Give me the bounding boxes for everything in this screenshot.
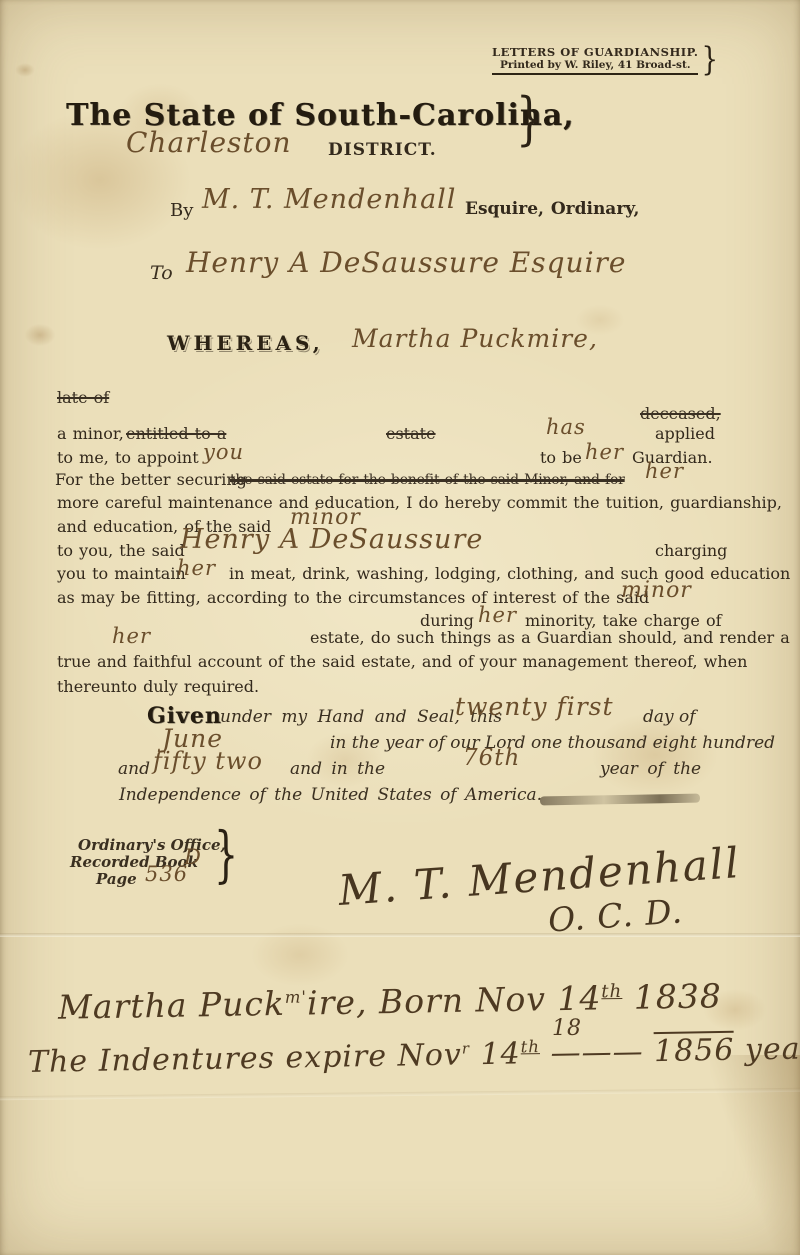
footer-name-a: Martha Puck (58, 984, 286, 1027)
office-line1: Ordinary's Office, (78, 836, 226, 854)
securing-text: For the better securing (55, 470, 247, 489)
her-handwritten-4: her (478, 603, 517, 627)
ordinary-name-handwritten: M. T. Mendenhall (202, 184, 456, 215)
maintenance-text: more careful maintenance and education, … (57, 493, 782, 512)
footer-years-word: years (745, 1031, 800, 1068)
stamp-line2: Printed by W. Riley, 41 Broad-st. (492, 59, 698, 71)
guardian-name-handwritten: Henry A DeSaussure Esquire (186, 246, 626, 279)
minor-handwritten-2: minor (621, 578, 692, 603)
her-handwritten-5: her (112, 624, 151, 648)
title-brace: } (516, 85, 543, 151)
footer-dash: ——— (550, 1034, 644, 1071)
independence-year-handwritten: 76th (463, 745, 520, 771)
footer-birth-note: Martha Puckm'ire, Born Nov 14th 1838 (58, 976, 722, 1027)
by-suffix: Esquire, Ordinary, (465, 199, 639, 219)
year-line-text: in the year of our Lord one thousand eig… (330, 733, 775, 753)
district-label: DISTRICT. (328, 140, 437, 160)
district-handwritten: Charleston (126, 126, 292, 159)
torn-corner-shading (710, 1055, 800, 1255)
office-brace: } (214, 819, 238, 889)
year-handwritten: fifty two (153, 747, 263, 775)
securing-struck: the said estate for the benefit of the s… (230, 472, 625, 488)
maintain-text: you to maintain (57, 564, 186, 583)
her-handwritten-1: her (585, 440, 624, 464)
a-minor-text: a minor, (57, 424, 124, 443)
footer-sup-th-1: th (601, 981, 622, 1002)
her-handwritten-3: her (177, 556, 216, 580)
footer-line2-a: The Indentures expire Nov (28, 1037, 462, 1080)
appoint-text: to me, to appoint (57, 448, 199, 467)
fold-crease-bottom (0, 1088, 800, 1100)
whereas-label: WHEREAS, (167, 331, 324, 355)
to-you-text: to you, the said (57, 541, 185, 560)
account-text: true and faithful account of the said es… (57, 652, 747, 671)
fold-crease (0, 933, 800, 937)
day-of-text: day of (643, 707, 696, 727)
ink-smudge (540, 794, 700, 806)
by-prefix: By (170, 200, 193, 221)
stamp-line1: LETTERS OF GUARDIANSHIP. (492, 45, 698, 59)
year-of-the-text: year of the (600, 759, 701, 779)
to-be-text: to be (540, 448, 582, 467)
estate-line-text: estate, do such things as a Guardian sho… (310, 628, 790, 647)
charging-text: charging (655, 541, 727, 560)
day-handwritten: twenty first (455, 692, 614, 721)
to-prefix: To (150, 262, 173, 284)
meat-text: in meat, drink, washing, lodging, clothi… (229, 564, 790, 583)
footer-sup-r: r (462, 1039, 470, 1057)
minor-name-handwritten: Martha Puckmire, (352, 324, 598, 353)
guardian-name-handwritten-2: Henry A DeSaussure (180, 524, 483, 555)
her-handwritten-2: her (645, 459, 684, 483)
document-paper: LETTERS OF GUARDIANSHIP. Printed by W. R… (0, 0, 800, 1255)
applied-text: applied (655, 424, 715, 443)
printer-stamp: LETTERS OF GUARDIANSHIP. Printed by W. R… (492, 45, 718, 75)
late-of-struck: late of (57, 388, 109, 407)
footer-sup-th-2: th (520, 1037, 540, 1056)
and-text: and (118, 759, 150, 779)
required-text: thereunto duly required. (57, 677, 259, 696)
footer-birth-year: 1838 (633, 976, 722, 1017)
office-line3: Page (96, 870, 137, 888)
footer-line2-day: 14 (480, 1036, 521, 1072)
estate-struck: estate (386, 424, 436, 443)
you-handwritten: you (203, 440, 244, 464)
footer-caret-insert: m' (285, 987, 308, 1006)
has-handwritten: has (546, 415, 586, 439)
fitting-text: as may be fitting, according to the circ… (57, 588, 649, 607)
deceased-struck: deceased, (640, 404, 721, 423)
and-in-the-text: and in the (290, 759, 385, 779)
stamp-brace: } (701, 41, 718, 79)
page-number-handwritten: 536 (145, 862, 188, 886)
footer-indenture-note: The Indentures expire Novr 14th ——— 1856… (28, 1031, 800, 1080)
footer-expire-year: 1856 (654, 1031, 735, 1069)
independence-text: Independence of the United States of Ame… (119, 785, 542, 805)
